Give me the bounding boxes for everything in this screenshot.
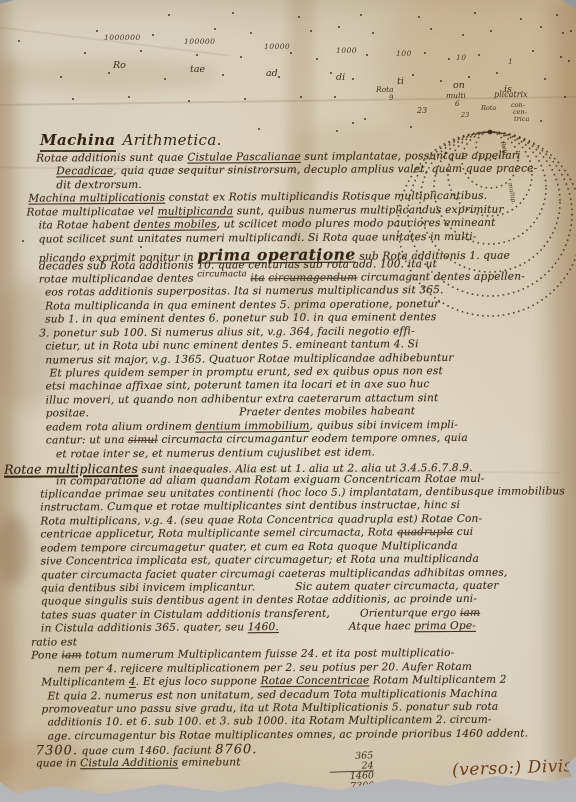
syllable: Ro <box>113 60 126 71</box>
line-segment: Atque haec <box>349 621 414 633</box>
ink-dot <box>366 54 368 56</box>
line-segment: positae. <box>46 408 89 420</box>
ink-dot <box>164 78 166 80</box>
line-segment: Multiplicantem <box>41 676 129 689</box>
verso-note: (verso:) Divisio <box>452 756 576 781</box>
syllable: di <box>336 72 345 83</box>
scale-number: 100 <box>396 49 412 58</box>
line-segment: circumacta <box>197 269 247 279</box>
line-segment: tiplicandae primae seu unitates continen… <box>40 485 565 500</box>
line-segment: . Et ejus loco suppone <box>136 675 261 688</box>
line-segment: nem per 4. rejicere multiplicationem per… <box>57 661 472 676</box>
line-segment: 1460. <box>248 621 279 633</box>
ink-dot <box>232 12 234 14</box>
line-segment: Et quia 2. numerus est non unitatum, sed… <box>47 687 497 702</box>
ink-dot <box>96 30 98 32</box>
ink-dot <box>128 96 130 98</box>
wheel-tangent-hub <box>488 130 493 135</box>
ink-dot <box>568 60 570 62</box>
line-segment: promoveatur uno passu sive gradu, ita ut… <box>41 701 498 716</box>
ink-dot <box>364 118 366 120</box>
line-segment: , quia quae sequitur sinistrorsum, decup… <box>113 163 537 178</box>
line-segment: sub 1. in qua eminent dentes 6. ponetur … <box>45 311 436 325</box>
line-segment: sive Concentrica implicata est, quater c… <box>41 553 479 568</box>
line-segment: instructam. Cumque et rotae multiplicant… <box>40 499 460 514</box>
ink-dot <box>244 98 246 100</box>
manuscript-body: Rotae additionis sunt quae Cistulae Pasc… <box>0 149 576 771</box>
ink-dot <box>250 32 252 34</box>
ink-dot <box>440 80 442 82</box>
line-segment: quot scilicet sunt unitates numeri multi… <box>39 230 477 245</box>
ink-dot <box>196 54 198 56</box>
line-segment: , quibus sibi invicem impli- <box>310 419 459 432</box>
line-segment: iam <box>61 649 81 661</box>
multiplication-sum-column: 36524146073008760 <box>329 751 375 802</box>
line-segment: circumacta circumagantur eodem tempore o… <box>158 432 468 446</box>
line-segment: sunt implantatae, possuntque appellari <box>301 150 521 163</box>
scale-number: 100000 <box>184 37 215 46</box>
line-segment: age. circumagentur bis Rotae multiplican… <box>48 727 529 742</box>
line-segment: cantur: ut una <box>46 434 128 447</box>
syllable: ti <box>397 76 404 87</box>
ink-dot <box>316 58 318 60</box>
line-segment: centricae applicetur, Rota multiplicante… <box>40 527 396 541</box>
wheel-label: Rota <box>376 85 394 94</box>
line-segment: Cistula Additionis <box>80 756 178 769</box>
ink-dot <box>490 30 492 32</box>
line-segment: simul <box>128 434 158 446</box>
wheel-label: Rota <box>481 104 496 112</box>
scale-number: 1000000 <box>104 33 141 42</box>
ink-dot <box>468 76 470 78</box>
ink-dot <box>334 96 336 98</box>
ink-dot <box>330 72 332 74</box>
scale-number: 10000 <box>264 42 290 51</box>
line-segment: dentes mobiles <box>134 219 217 232</box>
ink-dot <box>278 76 280 78</box>
line-segment: additionis 10. et 6. sub 100. et 3. sub … <box>48 714 492 729</box>
wheel-label: 23 <box>417 106 427 115</box>
line-segment: Rotae Concentricae <box>261 675 370 688</box>
wheel-label: 9 <box>389 94 393 102</box>
line-segment: dit dextrorsum. <box>56 179 142 192</box>
page-title: MachinaArithmetica. <box>40 131 222 149</box>
line-segment: prima Ope- <box>414 620 476 632</box>
line-segment: eminebunt <box>178 756 240 768</box>
ink-dot <box>338 26 340 28</box>
title-word-machina: Machina <box>40 131 116 152</box>
ink-dot <box>18 40 20 42</box>
line-segment: 3. ponetur sub 100. Si numerus alius sit… <box>39 325 415 339</box>
ink-dot <box>258 128 260 130</box>
ink-dot <box>412 74 414 76</box>
ink-dot <box>360 14 362 16</box>
line-segment: Rotae multiplicatae vel <box>26 206 157 219</box>
ink-dot <box>298 16 300 18</box>
line-segment: Rota multiplicanda in qua eminent dentes… <box>45 298 440 312</box>
wheel-label: plicatrix <box>494 90 528 99</box>
ink-dot <box>556 14 558 16</box>
line-segment: Sic autem quater circumacta, quater <box>295 580 498 593</box>
ink-dot <box>562 32 564 34</box>
line-segment: quia dentibus sibi invicem implicantur. <box>41 581 256 594</box>
ink-dot <box>372 32 374 34</box>
ink-dot <box>564 96 566 98</box>
line-segment: Pone <box>31 650 61 662</box>
line-segment: ita Rotae habent <box>39 219 134 232</box>
ink-dot <box>352 122 354 124</box>
sum-row: 7300 <box>330 781 374 792</box>
syllable: tae <box>190 64 205 75</box>
line-segment: Rota multiplicans, v.g. 4. (seu quae Rot… <box>40 513 482 528</box>
line-segment: eodem tempore circumagetur quater, et cu… <box>40 540 457 555</box>
ink-dot <box>310 30 312 32</box>
ink-dot <box>240 56 242 58</box>
line-segment: Rotam Multiplicantem 2 <box>369 674 506 687</box>
line-segment: , ut scilicet modo plures modo pauciores… <box>217 217 496 231</box>
ink-dot <box>108 72 110 74</box>
line-segment: in comparatione ad aliam quandam Rotam e… <box>56 472 484 487</box>
line-segment: totum numerum Multiplicantem fuisse 24. … <box>82 647 455 661</box>
syllable: on <box>453 80 465 91</box>
ink-dot <box>448 58 450 60</box>
ink-dot <box>540 26 542 28</box>
ink-dot <box>478 54 480 56</box>
ink-dot <box>168 14 170 16</box>
line-segment: Et plures quidem semper in promptu erunt… <box>49 365 443 379</box>
ink-dot <box>532 50 534 52</box>
line-segment: Cistulae Pascalianae <box>187 151 301 164</box>
ink-dot <box>560 56 562 58</box>
line-segment: etsi machinae affixae sint, poterunt tam… <box>46 379 430 393</box>
ink-dot <box>424 52 426 54</box>
ink-dot <box>188 100 190 102</box>
line-segment: eadem rota alium ordinem <box>46 420 196 433</box>
ink-dot <box>544 78 546 80</box>
wheel-label: multi <box>446 91 466 100</box>
sum-row: 8760 <box>331 790 375 802</box>
ink-dot <box>462 34 464 36</box>
line-segment: Machina multiplicationis <box>28 192 165 205</box>
line-segment: Rotae additionis sunt quae <box>36 152 187 165</box>
title-word-arithmetica: Arithmetica. <box>123 131 222 149</box>
line-segment: numerus sit major, v.g. 1365. Quatuor Ro… <box>45 352 453 366</box>
line-segment: circumagant dentes appellen- <box>357 270 525 283</box>
line-segment: circumagendum <box>268 272 357 285</box>
wheel-label: 6 <box>455 100 459 108</box>
line-segment: sunt, quibus numerus multiplicandus expr… <box>233 203 504 217</box>
line-segment: tates suas quater in Cistulam additionis… <box>41 608 330 622</box>
ink-dot <box>418 16 420 18</box>
scale-number: 10 <box>456 53 466 62</box>
ink-dot <box>152 34 154 36</box>
syllable: ad <box>266 68 278 79</box>
line-segment: Orienturque ergo <box>360 607 460 620</box>
line-segment: iam <box>460 607 480 619</box>
ink-dot <box>60 76 62 78</box>
line-segment: quadrupla <box>397 526 454 538</box>
ink-dot <box>84 52 86 54</box>
ink-dot <box>290 52 292 54</box>
scale-number: 1 <box>508 57 513 66</box>
manuscript-page: 1000000100000100001000100101 Rotaeadditi… <box>0 0 576 802</box>
scale-number: 1000 <box>336 46 357 55</box>
line-segment: eos rotas additionis superpositas. Ita s… <box>45 284 444 298</box>
line-segment: quoque singulis suis dentibus agent in d… <box>41 593 477 608</box>
line-segment: constat ex Rotis multiplicandis Rotisque… <box>165 190 487 204</box>
photo-backdrop: 1000000100000100001000100101 Rotaeadditi… <box>0 0 576 802</box>
line-segment: et rotae inter se, et numerus dentium cu… <box>56 446 375 460</box>
line-segment: quae in <box>36 757 80 769</box>
line-segment: illuc moveri, ut quando non adhibentur e… <box>46 392 439 406</box>
line-segment: ratio est <box>31 636 77 648</box>
line-segment: dentium immobilium <box>195 420 309 433</box>
ink-dot <box>430 28 432 30</box>
ink-dot <box>300 96 302 98</box>
ink-dot <box>336 130 338 132</box>
line-segment: quater circumacta faciet quater circumag… <box>41 566 508 581</box>
ink-dot <box>214 28 216 30</box>
ink-dot <box>352 78 354 80</box>
line-segment: multiplicanda <box>158 205 234 217</box>
line-segment: in Cistula additionis 365. quater, seu <box>41 622 248 635</box>
paper-stain <box>0 58 220 92</box>
ink-dot <box>570 30 572 32</box>
ink-dot <box>222 74 224 76</box>
line-segment: cui <box>453 526 473 538</box>
line-segment: cietur, ut in Rota ubi nunc eminent dent… <box>45 338 418 352</box>
ink-dot <box>474 12 476 14</box>
ink-dot <box>520 18 522 20</box>
ink-dot <box>496 72 498 74</box>
line-segment: ita <box>250 272 264 284</box>
line-segment: Decadicae <box>56 165 113 177</box>
line-segment: Praeter dentes mobiles habeant <box>239 406 415 419</box>
line-segment: rotae multiplicandae dentes <box>39 272 197 285</box>
ink-dot <box>140 50 142 52</box>
ink-dot <box>72 98 74 100</box>
